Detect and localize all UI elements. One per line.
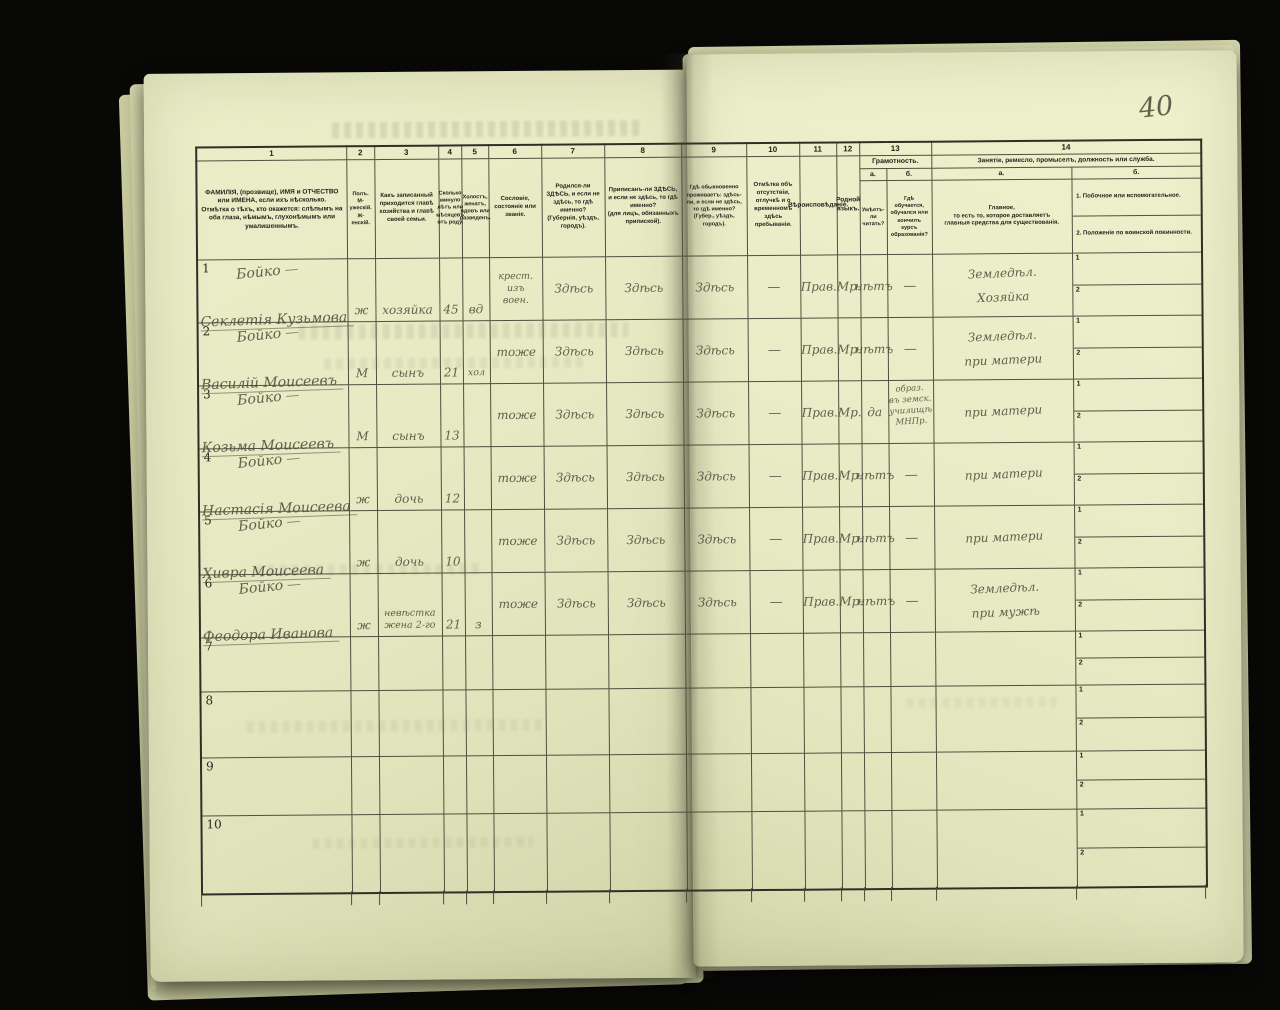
cell-sex: ж xyxy=(355,303,369,317)
col-number: 6 xyxy=(489,146,541,158)
side-sub-1: 1 xyxy=(1076,751,1205,780)
table-row-empty: 9 1 2 xyxy=(201,750,1206,816)
side-digit: 1 xyxy=(1079,753,1083,760)
col-number: 3 xyxy=(375,147,438,159)
header-sub-a: а. xyxy=(860,169,886,180)
table-row-empty: 7 1 2 xyxy=(200,630,1205,692)
side-digit: 2 xyxy=(1080,782,1084,789)
cell-relation: дочь xyxy=(394,492,423,506)
side-sub-2: 2 xyxy=(1073,346,1202,379)
cell-religion: Прав. xyxy=(801,279,837,293)
cell-born: Здѣсь xyxy=(557,596,596,610)
side-digit: 2 xyxy=(1078,538,1082,545)
cell-relation: хозяйка xyxy=(382,303,433,317)
census-table: 1 2 3 4 5 6 7 8 9 10 11 12 13 14 ФАМИЛІЯ… xyxy=(195,139,1206,896)
cell-marital: вд xyxy=(469,302,484,316)
cell-sex: М xyxy=(356,366,368,380)
side-sub-2: 2 xyxy=(1076,657,1205,685)
side-sub-2: 2 xyxy=(1073,283,1202,316)
side-digit: 2 xyxy=(1076,349,1080,356)
col-number: 4 xyxy=(439,146,461,158)
cell-religion: Прав. xyxy=(803,594,839,608)
cell-absence: — xyxy=(768,405,781,420)
cell-religion: Прав. xyxy=(803,531,839,545)
table-row-empty: 8 1 2 xyxy=(200,684,1205,758)
side-occupation-cell: 1 2 xyxy=(1075,505,1204,568)
cell-estate: крест. изъ воен. xyxy=(498,271,533,307)
header-name: ФАМИЛІЯ, (прозвище), ИМЯ и ОТЧЕСТВО или … xyxy=(197,160,346,259)
side-sub-1: 1 xyxy=(1074,379,1203,411)
cell-resides: Здѣсь xyxy=(697,469,736,483)
cell-age: 21 xyxy=(446,617,461,631)
cell-occupation: Земледѣл. Хозяйка xyxy=(967,260,1038,311)
header-birthplace: Родился-ли ЗДѢСЬ, и если не здѣсь, то гд… xyxy=(542,158,605,256)
cell-resides: Здѣсь xyxy=(696,406,735,420)
side-digit: 1 xyxy=(1078,570,1082,577)
header-education: Гдѣ обучается, обучался или кончилъ курс… xyxy=(887,181,932,254)
row-number: 10 xyxy=(206,817,221,831)
col-number: 12 xyxy=(837,143,859,155)
table-row: 3 Бойко Козьма Моисеевъ М сынъ 13 тоже З… xyxy=(198,378,1203,449)
side-digit: 1 xyxy=(1077,444,1081,451)
cell-registered: Здѣсь xyxy=(627,596,666,610)
header-side-occupation: 1. Побочное или вспомогательное. 2. Поло… xyxy=(1072,179,1201,253)
cell-absence: — xyxy=(768,342,781,357)
book-spread: 40 1 2 3 4 5 6 7 8 9 10 11 12 13 14 Ф xyxy=(0,0,1280,1010)
side-sub-2: 2 xyxy=(1076,717,1205,751)
row-number: 8 xyxy=(205,693,213,707)
header-side-1: 1. Побочное или вспомогательное. xyxy=(1072,179,1201,216)
cell-relation: сынъ xyxy=(392,429,425,443)
side-digit: 2 xyxy=(1077,475,1081,482)
side-occupation-cell: 1 2 xyxy=(1076,751,1205,809)
cell-born: Здѣсь xyxy=(556,470,595,484)
side-sub-2: 2 xyxy=(1077,779,1206,809)
table-row-empty: 10 1 2 xyxy=(201,808,1207,894)
side-sub-1: 1 xyxy=(1077,809,1206,848)
cell-registered: Здѣсь xyxy=(626,470,665,484)
cell-age: 10 xyxy=(445,554,460,568)
side-sub-2: 2 xyxy=(1075,598,1204,631)
header-residence: Гдѣ обыкновенно проживаетъ: здѣсь-ли, и … xyxy=(682,157,747,255)
col-number: 5 xyxy=(462,146,488,158)
scan-background: 40 1 2 3 4 5 6 7 8 9 10 11 12 13 14 Ф xyxy=(0,0,1280,1010)
col-number: 7 xyxy=(542,145,604,157)
side-digit: 2 xyxy=(1079,720,1083,727)
side-occupation-cell: 1 2 xyxy=(1076,631,1205,685)
cell-sex: ж xyxy=(357,555,371,569)
cell-registered: Здѣсь xyxy=(624,281,663,295)
header-side-2: 2. Положеніе по воинской повинности. xyxy=(1072,215,1201,253)
header-sub-b: б. xyxy=(887,169,931,180)
cell-born: Здѣсь xyxy=(554,281,593,295)
page-number: 40 xyxy=(1137,90,1175,125)
side-occupation-cell: 1 2 xyxy=(1076,685,1205,751)
header-religion: Вѣроисповѣданіе. xyxy=(800,156,837,254)
cell-education: — xyxy=(904,341,917,356)
cell-language: Мр. xyxy=(838,405,862,419)
header-side-1-text: 1. Побочное или вспомогательное. xyxy=(1072,191,1185,204)
cell-sex: ж xyxy=(356,492,370,506)
side-occupation-cell: 1 2 xyxy=(1075,568,1204,631)
header-side-2-text: 2. Положеніе по воинской повинности. xyxy=(1072,228,1196,241)
side-sub-1: 1 xyxy=(1076,631,1205,658)
table-row: 6 Бойко Феодора Иванова ж невѣстка жена … xyxy=(200,567,1205,638)
cell-registered: Здѣсь xyxy=(625,344,664,358)
cell-estate: тоже xyxy=(497,345,536,359)
header-estate: Сословіе, состояніе или званіе. xyxy=(489,159,542,257)
col-number: 9 xyxy=(682,144,746,157)
table-row: 1 Бойко Секлетія Кузьмова ж хозяйка 45 в… xyxy=(197,252,1202,323)
cell-age: 12 xyxy=(445,491,460,505)
cell-age: 45 xyxy=(443,302,458,316)
side-digit: 2 xyxy=(1078,601,1082,608)
side-occupation-cell: 1 2 xyxy=(1073,253,1202,316)
col-number: 13 xyxy=(860,143,931,156)
header-can-read: Умѣетъ-ли читать? xyxy=(860,181,887,254)
header-main-occupation: Главное, то есть то, которое доставляетъ… xyxy=(932,180,1072,254)
cell-born: Здѣсь xyxy=(555,407,594,421)
side-sub-2: 2 xyxy=(1074,409,1203,442)
side-sub-2: 2 xyxy=(1075,535,1204,568)
cell-occupation: Земледѣл. при матери xyxy=(963,323,1043,374)
header-literacy-group: Грамотность. xyxy=(860,156,931,169)
cell-resides: Здѣсь xyxy=(698,595,737,609)
cell-relation: дочь xyxy=(395,555,424,569)
surname: Бойко xyxy=(236,261,300,283)
row-number: 9 xyxy=(206,759,214,773)
cell-absence: — xyxy=(769,468,782,483)
col-number: 10 xyxy=(747,144,799,156)
side-sub-1: 1 xyxy=(1074,442,1203,474)
cell-education: — xyxy=(903,278,916,293)
header-sex: Полъ. М-ужескій. Ж-енскій. xyxy=(347,160,375,258)
side-digit: 2 xyxy=(1080,850,1084,857)
cell-marital: хол xyxy=(468,367,485,379)
cell-marital: з xyxy=(475,617,482,631)
side-occupation-cell: 1 2 xyxy=(1073,316,1202,379)
header-sub-b: б. xyxy=(1072,167,1201,179)
side-digit: 1 xyxy=(1076,318,1080,325)
cell-age: 13 xyxy=(444,428,459,442)
cell-registered: Здѣсь xyxy=(626,533,665,547)
cell-sex: М xyxy=(356,429,368,443)
cell-estate: тоже xyxy=(497,408,536,422)
cell-occupation: при матери xyxy=(964,460,1043,487)
cell-occupation: Земледѣл. при мужѣ xyxy=(969,575,1040,626)
cell-estate: тоже xyxy=(499,597,538,611)
side-sub-1: 1 xyxy=(1075,568,1204,600)
cell-religion: Прав. xyxy=(802,468,838,482)
cell-religion: Прав. xyxy=(802,405,838,419)
cell-absence: — xyxy=(770,594,783,609)
cell-education: — xyxy=(905,467,918,482)
header-registration: Приписанъ-ли ЗДѢСЬ, и если не здѣсь, то … xyxy=(605,158,682,257)
cell-absence: — xyxy=(769,531,782,546)
side-digit: 2 xyxy=(1076,286,1080,293)
col-number: 11 xyxy=(800,143,836,155)
side-sub-1: 1 xyxy=(1075,505,1204,537)
cell-estate: тоже xyxy=(498,534,537,548)
side-digit: 1 xyxy=(1079,633,1083,640)
header-sub-a: а. xyxy=(932,168,1071,180)
col-number: 1 xyxy=(197,147,346,160)
row-number: 1 xyxy=(202,261,210,275)
side-digit: 2 xyxy=(1079,660,1083,667)
header-language: Родной языкъ. xyxy=(837,156,860,254)
col-number: 2 xyxy=(347,147,374,159)
cell-sex: ж xyxy=(357,618,371,632)
side-digit: 1 xyxy=(1079,687,1083,694)
side-digit: 1 xyxy=(1076,255,1080,262)
table-row: 4 Бойко Настасія Моисеева ж дочь 12 тоже… xyxy=(199,441,1204,512)
cell-estate: тоже xyxy=(498,471,537,485)
cell-education: образ. въ земск. училищѣ МНПр. xyxy=(888,383,933,430)
cell-occupation: при матери xyxy=(965,523,1044,550)
cell-relation: невѣстка жена 2-го xyxy=(384,608,436,632)
side-occupation-cell: 1 2 xyxy=(1074,442,1203,505)
side-sub-1: 1 xyxy=(1076,685,1205,718)
side-digit: 2 xyxy=(1077,412,1081,419)
side-digit: 1 xyxy=(1077,381,1081,388)
cell-literate: да xyxy=(867,405,882,419)
cell-age: 21 xyxy=(444,365,459,379)
cell-relation: сынъ xyxy=(392,366,425,380)
cell-resides: Здѣсь xyxy=(696,343,735,357)
cell-born: Здѣсь xyxy=(556,533,595,547)
header-relation: Какъ записанный приходится главѣ хозяйст… xyxy=(375,160,439,258)
side-sub-2: 2 xyxy=(1074,472,1203,505)
side-occupation-cell: 1 2 xyxy=(1074,379,1203,442)
header-age: Сколько минуло лѣтъ или мѣсяцевъ отъ род… xyxy=(439,159,462,257)
cell-occupation: при матери xyxy=(964,397,1043,424)
bleed-through xyxy=(332,120,642,138)
census-form-table: 1 2 3 4 5 6 7 8 9 10 11 12 13 14 ФАМИЛІЯ… xyxy=(195,139,1208,896)
cell-resides: Здѣсь xyxy=(697,532,736,546)
side-sub-1: 1 xyxy=(1073,316,1202,348)
cell-education: — xyxy=(906,593,919,608)
cell-born: Здѣсь xyxy=(555,344,594,358)
side-occupation-cell: 1 2 xyxy=(1077,809,1206,887)
cell-registered: Здѣсь xyxy=(625,407,664,421)
side-digit: 1 xyxy=(1080,811,1084,818)
col-number: 8 xyxy=(605,145,681,158)
cell-education: — xyxy=(905,530,918,545)
side-sub-1: 1 xyxy=(1073,253,1202,285)
cell-religion: Прав. xyxy=(801,342,837,356)
side-digit: 1 xyxy=(1078,507,1082,514)
side-sub-2: 2 xyxy=(1077,847,1206,887)
cell-absence: — xyxy=(767,279,780,294)
header-marital: Холостъ, женатъ, вдовъ или разведенъ. xyxy=(462,159,489,257)
cell-resides: Здѣсь xyxy=(695,280,734,294)
